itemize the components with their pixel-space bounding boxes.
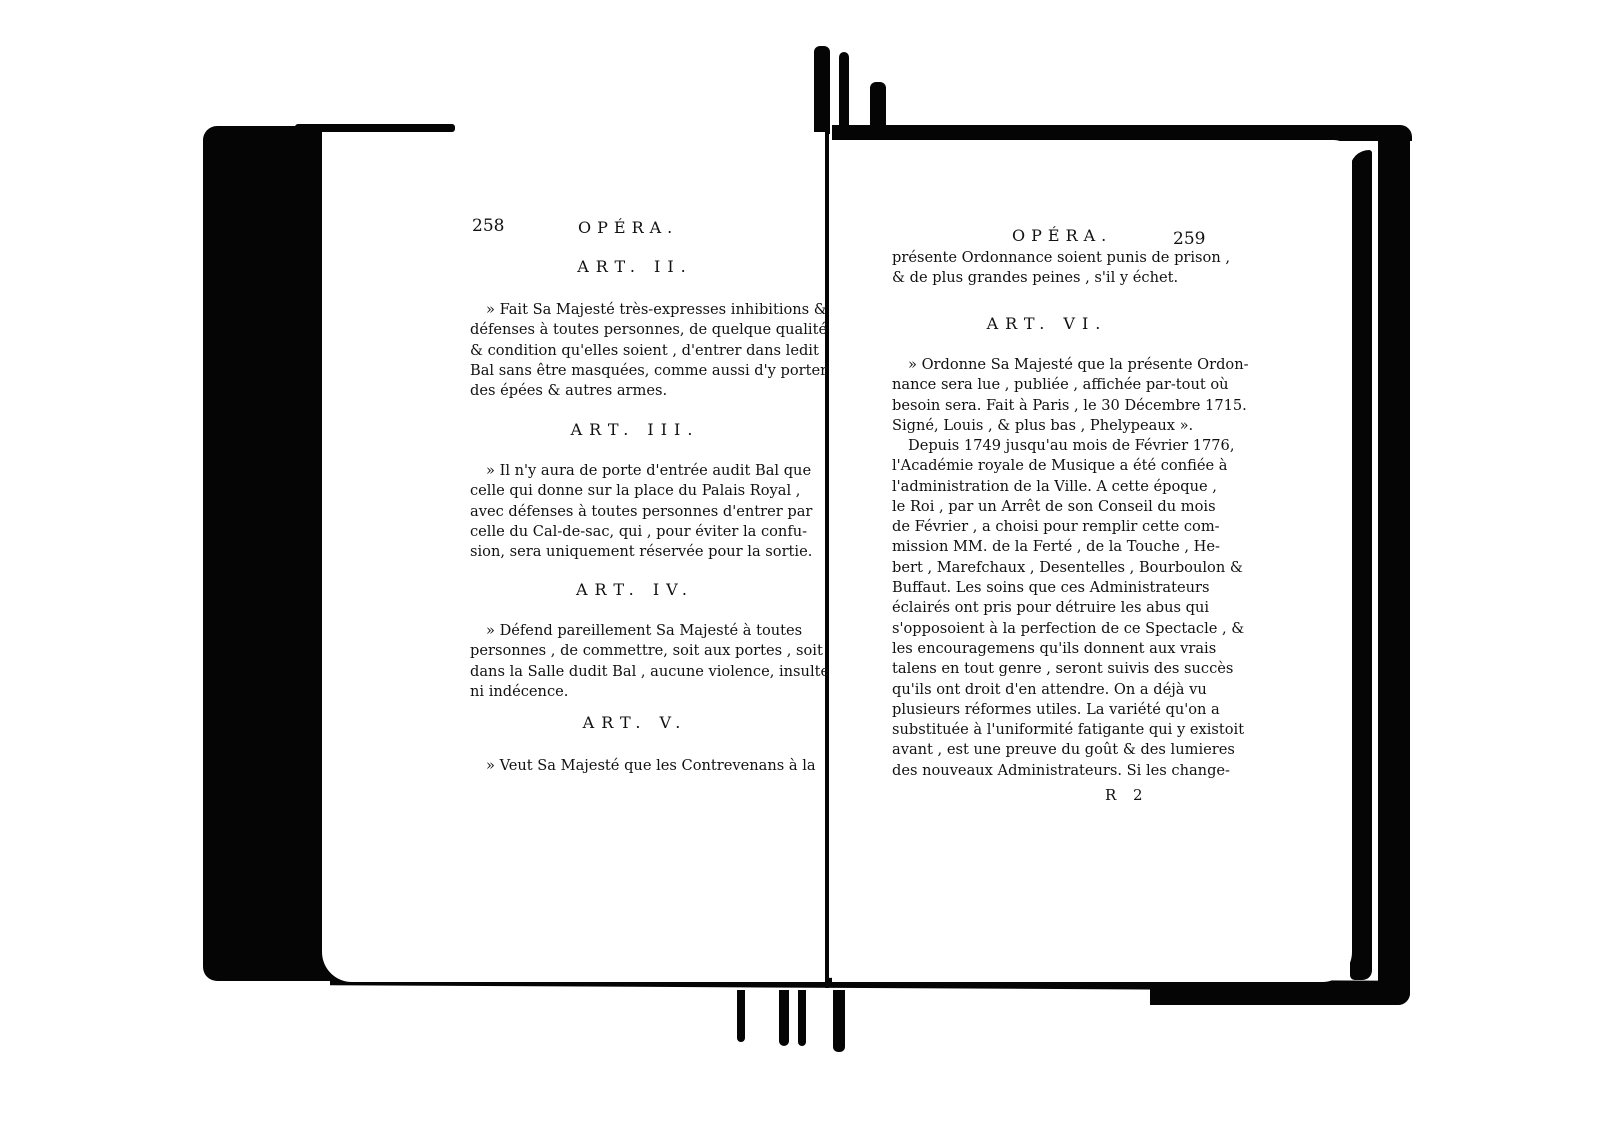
text-line: Buffaut. Les soins que ces Administrateu… (892, 578, 1202, 598)
article-heading: ART. VI. (882, 314, 1212, 333)
book-gutter (825, 130, 829, 988)
ribbon-marker-bottom (833, 990, 845, 1052)
text-line: » Défend pareillement Sa Majesté à toute… (470, 621, 800, 641)
article-paragraph: » Ordonne Sa Majesté que la présente Ord… (892, 355, 1202, 436)
text-line: l'administration de la Ville. A cette ép… (892, 477, 1202, 497)
book-top-edge-right (832, 125, 1412, 141)
article-paragraph: » Il n'y aura de porte d'entrée audit Ba… (470, 461, 800, 562)
running-title-right: OPÉRA. (1012, 226, 1112, 245)
text-line: qu'ils ont droit d'en attendre. On a déj… (892, 680, 1202, 700)
text-line: » Il n'y aura de porte d'entrée audit Ba… (470, 461, 800, 481)
running-title-left: OPÉRA. (578, 218, 678, 237)
text-line: s'opposoient à la perfection de ce Spect… (892, 619, 1202, 639)
ribbon-marker-top (870, 82, 886, 134)
ribbon-marker-bottom (798, 990, 806, 1046)
article-heading: ART. II. (470, 257, 800, 276)
page-stack-edge (1350, 150, 1372, 980)
text-line: des épées & autres armes. (470, 381, 800, 401)
text-line: éclairés ont pris pour détruire les abus… (892, 598, 1202, 618)
article-paragraph: » Défend pareillement Sa Majesté à toute… (470, 621, 800, 702)
text-line: dans la Salle dudit Bal , aucune violenc… (470, 662, 800, 682)
text-line: talens en tout genre , seront suivis des… (892, 659, 1202, 679)
text-line: & condition qu'elles soient , d'entrer d… (470, 341, 800, 361)
ribbon-marker-top (814, 46, 830, 134)
text-line: besoin sera. Fait à Paris , le 30 Décemb… (892, 396, 1202, 416)
article-paragraph: » Fait Sa Majesté très-expresses inhibit… (470, 300, 800, 401)
book-cover-bottom-right (1150, 985, 1410, 1005)
ribbon-marker-bottom (779, 990, 789, 1046)
article-heading: ART. IV. (470, 580, 800, 599)
text-line: » Ordonne Sa Majesté que la présente Ord… (892, 355, 1202, 375)
text-line: sion, sera uniquement réservée pour la s… (470, 542, 800, 562)
text-line: » Veut Sa Majesté que les Contrevenans à… (470, 756, 800, 776)
signature-mark: R 2 (1105, 786, 1149, 804)
text-line: plusieurs réformes utiles. La variété qu… (892, 700, 1202, 720)
book-cover-left (203, 126, 328, 978)
page-number-right: 259 (1173, 229, 1205, 249)
page-number-left: 258 (472, 216, 504, 236)
book-cover-top-edge (295, 124, 455, 132)
ribbon-marker-top (839, 52, 849, 134)
text-line: celle qui donne sur la place du Palais R… (470, 481, 800, 501)
book-cover-right (1378, 125, 1410, 1005)
text-line: des nouveaux Administrateurs. Si les cha… (892, 761, 1202, 781)
text-line: avant , est une preuve du goût & des lum… (892, 740, 1202, 760)
text-line: de Février , a choisi pour remplir cette… (892, 517, 1202, 537)
text-line: Signé, Louis , & plus bas , Phelypeaux »… (892, 416, 1202, 436)
article-paragraph: » Veut Sa Majesté que les Contrevenans à… (470, 756, 800, 776)
text-line: celle du Cal-de-sac, qui , pour éviter l… (470, 522, 800, 542)
text-line: Depuis 1749 jusqu'au mois de Février 177… (892, 436, 1202, 456)
text-line: nance sera lue , publiée , affichée par-… (892, 375, 1202, 395)
text-line: & de plus grandes peines , s'il y échet. (892, 268, 1202, 288)
text-line: présente Ordonnance soient punis de pris… (892, 248, 1202, 268)
text-line: substituée à l'uniformité fatigante qui … (892, 720, 1202, 740)
text-line: mission MM. de la Ferté , de la Touche ,… (892, 537, 1202, 557)
ribbon-marker-bottom (737, 990, 745, 1042)
text-line: le Roi , par un Arrêt de son Conseil du … (892, 497, 1202, 517)
continuation-paragraph: présente Ordonnance soient punis de pris… (892, 248, 1202, 289)
text-line: » Fait Sa Majesté très-expresses inhibit… (470, 300, 800, 320)
text-line: personnes , de commettre, soit aux porte… (470, 641, 800, 661)
body-paragraph: Depuis 1749 jusqu'au mois de Février 177… (892, 436, 1202, 781)
text-line: bert , Marefchaux , Desentelles , Bourbo… (892, 558, 1202, 578)
text-line: défenses à toutes personnes, de quelque … (470, 320, 800, 340)
text-line: les encouragemens qu'ils donnent aux vra… (892, 639, 1202, 659)
text-line: Bal sans être masquées, comme aussi d'y … (470, 361, 800, 381)
text-line: avec défenses à toutes personnes d'entre… (470, 502, 800, 522)
text-line: ni indécence. (470, 682, 800, 702)
article-heading: ART. III. (470, 420, 800, 439)
article-heading: ART. V. (470, 713, 800, 732)
text-line: l'Académie royale de Musique a été confi… (892, 456, 1202, 476)
